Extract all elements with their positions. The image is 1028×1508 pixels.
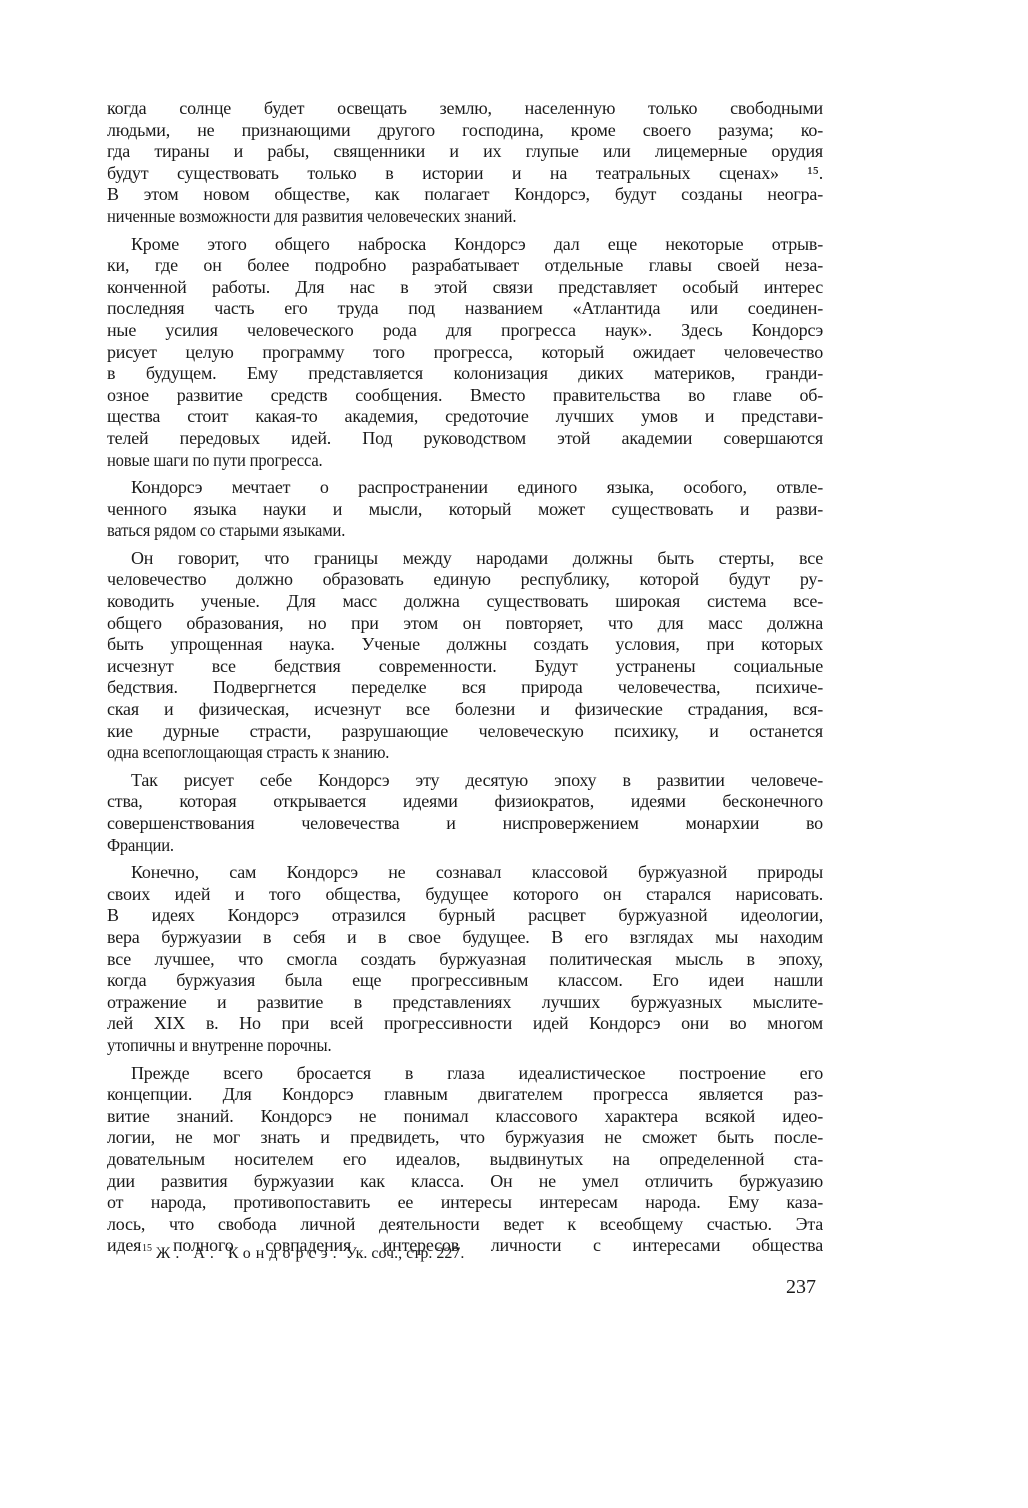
text-line: когда солнце будет освещать землю, насел… [107, 98, 823, 120]
text-line: вера буржуазии в себя и в свое будущее. … [107, 927, 823, 949]
text-line: концепции. Для Кондорсэ главным двигател… [107, 1084, 823, 1106]
text-line: ваться рядом со старыми языками. [107, 520, 766, 542]
text-line: ки, где он более подробно разрабатывает … [107, 255, 823, 277]
text-line: когда буржуазия была еще прогрессивным к… [107, 970, 823, 992]
text-line: ководить ученые. Для масс должна существ… [107, 591, 823, 613]
text-line: ниченные возможности для развития челове… [107, 206, 766, 228]
paragraph: Конечно, сам Кондорсэ не сознавал классо… [107, 862, 823, 1056]
text-line: ская и физическая, исчезнут все болезни … [107, 699, 823, 721]
text-line: все лучшее, что смогла создать буржуазна… [107, 949, 823, 971]
text-line: лось, что свобода личной деятельности ве… [107, 1214, 823, 1236]
text-line: Так рисует себе Кондорсэ эту десятую эпо… [107, 770, 823, 792]
footnote: 15 Ж. А. Кондорсэ. Ук. соч., стр. 227. [142, 1245, 464, 1263]
text-line: Франции. [107, 835, 766, 857]
text-line: общего образования, но при этом он повто… [107, 613, 823, 635]
text-line: рисует целую программу того прогресса, к… [107, 342, 823, 364]
paragraph: когда солнце будет освещать землю, насел… [107, 98, 823, 228]
text-line: логии, не мог знать и предвидеть, что бу… [107, 1127, 823, 1149]
footnote-text: Ук. соч., стр. 227. [346, 1245, 465, 1262]
text-line: людьми, не признающими другого господина… [107, 120, 823, 142]
text-line: будут существовать только в истории и на… [107, 163, 823, 185]
paragraph: Кондорсэ мечтает о распространении едино… [107, 477, 823, 542]
page-number: 237 [786, 1276, 816, 1299]
text-line: лей XIX в. Но при всей прогрессивности и… [107, 1013, 823, 1035]
text-line: щества стоит какая-то академия, средоточ… [107, 406, 823, 428]
text-line: Прежде всего бросается в глаза идеалисти… [107, 1063, 823, 1085]
text-line: одна всепоглощающая страсть к знанию. [107, 742, 766, 764]
text-line: В идеях Кондорсэ отразился бурный расцве… [107, 905, 823, 927]
text-line: новые шаги по пути прогресса. [107, 450, 766, 472]
text-line: отражение и развитие в представлениях лу… [107, 992, 823, 1014]
paragraph: Так рисует себе Кондорсэ эту десятую эпо… [107, 770, 823, 856]
footnote-author: Ж. А. Кондорсэ. [156, 1245, 342, 1262]
text-line: Кондорсэ мечтает о распространении едино… [107, 477, 823, 499]
text-line: быть упрощенная наука. Ученые должны соз… [107, 634, 823, 656]
text-line: довательным носителем его идеалов, выдви… [107, 1149, 823, 1171]
text-line: Конечно, сам Кондорсэ не сознавал классо… [107, 862, 823, 884]
footnote-marker: 15 [142, 1243, 152, 1254]
text-line: В этом новом обществе, как полагает Конд… [107, 184, 823, 206]
text-line: бедствия. Подвергнется переделке вся при… [107, 677, 823, 699]
text-line: совершенствования человечества и ниспров… [107, 813, 823, 835]
text-line: исчезнут все бедствия современности. Буд… [107, 656, 823, 678]
text-line: утопичны и внутренне порочны. [107, 1035, 766, 1057]
text-line: конченной работы. Для нас в этой связи п… [107, 277, 823, 299]
text-line: в будущем. Ему представляется колонизаци… [107, 363, 823, 385]
text-line: дии развития буржуазии как класса. Он не… [107, 1171, 823, 1193]
page-body: когда солнце будет освещать землю, насел… [107, 98, 823, 1263]
text-line: ченного языка науки и мысли, который мож… [107, 499, 823, 521]
text-line: человечество должно образовать единую ре… [107, 569, 823, 591]
text-line: своих идей и того общества, будущее кото… [107, 884, 823, 906]
text-line: Он говорит, что границы между народами д… [107, 548, 823, 570]
text-line: кие дурные страсти, разрушающие человече… [107, 721, 823, 743]
text-line: озное развитие средств сообщения. Вместо… [107, 385, 823, 407]
text-line: ные усилия человеческого рода для прогре… [107, 320, 823, 342]
text-line: Кроме этого общего наброска Кондорсэ дал… [107, 234, 823, 256]
text-line: гда тираны и рабы, священники и их глупы… [107, 141, 823, 163]
text-line: последняя часть его труда под названием … [107, 298, 823, 320]
paragraph: Прежде всего бросается в глаза идеалисти… [107, 1063, 823, 1257]
text-line: витие знаний. Кондорсэ не понимал классо… [107, 1106, 823, 1128]
paragraph: Кроме этого общего наброска Кондорсэ дал… [107, 234, 823, 472]
text-line: телей передовых идей. Под руководством э… [107, 428, 823, 450]
text-line: ства, которая открывается идеями физиокр… [107, 791, 823, 813]
text-line: от народа, противопоставить ее интересы … [107, 1192, 823, 1214]
paragraph: Он говорит, что границы между народами д… [107, 548, 823, 764]
